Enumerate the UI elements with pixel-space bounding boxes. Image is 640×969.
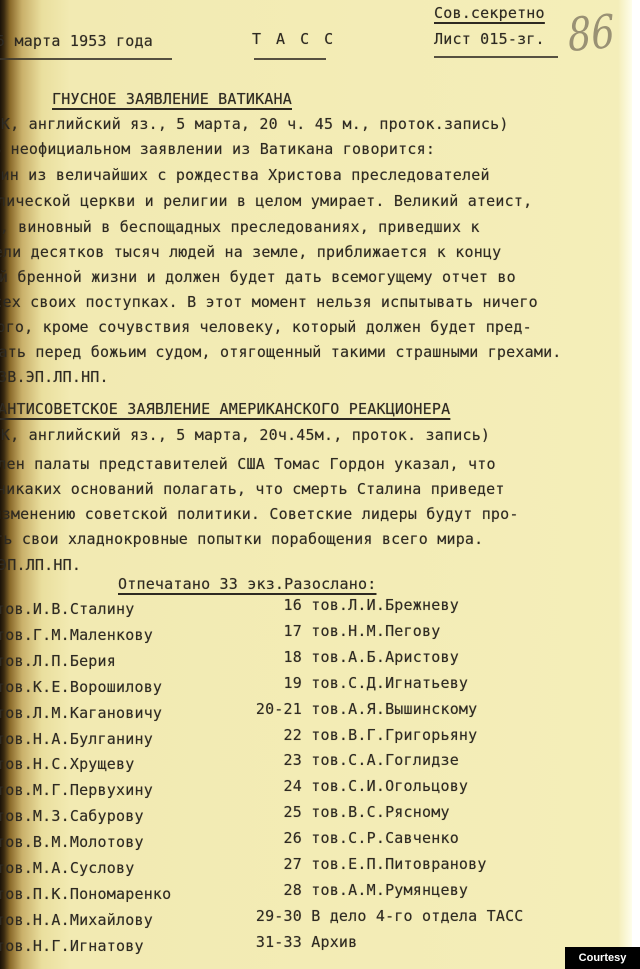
section1-line: всех своих поступках. В этот момент нель… — [0, 293, 538, 311]
section1-line: стать перед божьим судом, отягощенный та… — [0, 343, 562, 361]
section2-line: нет никаких оснований полагать, что смер… — [0, 480, 505, 498]
recipient-name: тов.С.Р.Савченко — [302, 829, 459, 847]
recipient-left: тов.М.А.Суслову — [0, 859, 134, 877]
copy-number: 27 — [242, 855, 302, 873]
classification-stamp: Сов.секретно — [434, 4, 545, 22]
copy-number: 26 — [242, 829, 302, 847]
recipient-name: тов.Е.П.Питовранову — [302, 855, 487, 873]
recipient-name: тов.Н.М.Пегову — [302, 622, 440, 640]
section2-title: АНТИСОВЕТСКОЕ ЗАЯВЛЕНИЕ АМЕРИКАНСКОГО РЕ… — [0, 400, 450, 418]
recipient-right: 24 тов.С.И.Огольцову — [242, 777, 468, 795]
recipient-left: тов.М.Г.Первухину — [0, 781, 153, 799]
recipient-left: тов.Н.А.Булганину — [0, 730, 153, 748]
section1-line: В неофициальном заявлении из Ватикана го… — [0, 140, 435, 158]
recipient-name: тов.В.Г.Григорьяну — [302, 726, 477, 744]
recipient-left: тов.Л.М.Кагановичу — [0, 704, 162, 722]
recipient-left: тов.К.Е.Ворошилову — [0, 678, 162, 696]
sheet-underline — [434, 56, 558, 58]
distribution-heading: Отпечатано 33 экз.Разослано: — [118, 575, 376, 593]
document-date: 5 марта 1953 года — [0, 32, 153, 50]
agency-underline — [254, 58, 326, 60]
recipient-left: тов.Н.А.Михайлову — [0, 911, 153, 929]
recipient-right: 19 тов.С.Д.Игнатьеву — [242, 674, 468, 692]
copy-number: 22 — [242, 726, 302, 744]
recipient-left: тов.В.М.Молотову — [0, 833, 144, 851]
recipient-right: 25 тов.В.С.Рясному — [242, 803, 450, 821]
recipient-name: тов.С.И.Огольцову — [302, 777, 468, 795]
recipient-right: 16 тов.Л.И.Брежневу — [242, 596, 459, 614]
recipient-right: 20-21 тов.А.Я.Вышинскому — [242, 700, 477, 718]
section2-line: ЭП.ЛП.НП. — [0, 556, 81, 574]
section1-line: Один из величайших с рождества Христова … — [0, 166, 490, 184]
recipient-left: тов.П.К.Пономаренко — [0, 885, 171, 903]
agency-name: Т А С С — [252, 30, 336, 48]
recipient-right: 29-30 В дело 4-го отдела ТАСС — [242, 907, 524, 925]
copy-number: 31-33 — [242, 933, 302, 951]
recipient-right: 28 тов.А.М.Румянцеву — [242, 881, 468, 899]
copy-number: 19 — [242, 674, 302, 692]
copy-number: 20-21 — [242, 700, 302, 718]
recipient-right: 26 тов.С.Р.Савченко — [242, 829, 459, 847]
copy-number: 18 — [242, 648, 302, 666]
copy-number: 17 — [242, 622, 302, 640]
recipient-right: 23 тов.С.А.Гоглидзе — [242, 751, 459, 769]
recipient-right: 27 тов.Е.П.Питовранову — [242, 855, 487, 873]
section1-line: так, виновный в беспощадных преследовани… — [0, 218, 480, 236]
section2-line: -ЙОРК, английский яз., 5 марта, 20ч.45м.… — [0, 426, 490, 444]
copy-number: 29-30 — [242, 907, 302, 925]
section1-line: своей бренной жизни и должен будет дать … — [0, 268, 516, 286]
recipient-left: тов.М.З.Сабурову — [0, 807, 144, 825]
copy-number: 23 — [242, 751, 302, 769]
section1-title: ГНУСНОЕ ЗАЯВЛЕНИЕ ВАТИКАНА — [52, 90, 292, 108]
section1-line: -ЙОРК, английский яз., 5 марта, 20 ч. 45… — [0, 115, 509, 133]
copy-number: 16 — [242, 596, 302, 614]
recipient-left: тов.Г.М.Маленкову — [0, 626, 153, 644]
recipient-name: тов.Л.И.Брежневу — [302, 596, 459, 614]
section1-line: иного, кроме сочувствия человеку, которы… — [0, 318, 532, 336]
photo-credit-badge: Courtesy Photo — [565, 947, 640, 969]
recipient-name: тов.С.А.Гоглидзе — [302, 751, 459, 769]
section2-line: должать свои хладнокровные попытки пораб… — [0, 530, 483, 548]
copy-number: 28 — [242, 881, 302, 899]
section1-line: ЗВ.ЭП.ЛП.НП. — [0, 368, 109, 386]
recipient-name: Архив — [302, 933, 357, 951]
recipient-left: тов.Л.П.Берия — [0, 652, 116, 670]
recipient-left: тов.Н.С.Хрущеву — [0, 755, 134, 773]
recipient-name: тов.А.Б.Аристову — [302, 648, 459, 666]
copy-number: 25 — [242, 803, 302, 821]
recipient-left: тов.Н.Г.Игнатову — [0, 937, 144, 955]
recipient-right: 17 тов.Н.М.Пегову — [242, 622, 440, 640]
recipient-left: тов.И.В.Сталину — [0, 600, 134, 618]
copy-number: 24 — [242, 777, 302, 795]
sheet-number: Лист 015-зг. — [434, 30, 545, 48]
archival-document-page: 5 марта 1953 года Т А С С Сов.секретно Л… — [0, 0, 632, 969]
section1-line: гибели десятков тысяч людей на земле, пр… — [0, 243, 501, 261]
recipient-name: тов.А.М.Румянцеву — [302, 881, 468, 899]
recipient-name: тов.В.С.Рясному — [302, 803, 450, 821]
section2-line: к изменению советской политики. Советски… — [0, 505, 519, 523]
recipient-right: 22 тов.В.Г.Григорьяну — [242, 726, 477, 744]
recipient-name: тов.А.Я.Вышинскому — [302, 700, 477, 718]
section2-line: Член палаты представителей США Томас Гор… — [0, 455, 496, 473]
section1-line: католической церкви и религии в целом ум… — [0, 192, 532, 210]
recipient-right: 18 тов.А.Б.Аристову — [242, 648, 459, 666]
recipient-name: В дело 4-го отдела ТАСС — [302, 907, 524, 925]
recipient-right: 31-33 Архив — [242, 933, 357, 951]
recipient-name: тов.С.Д.Игнатьеву — [302, 674, 468, 692]
date-underline — [0, 58, 172, 60]
handwritten-page-number: 86 — [566, 4, 616, 62]
